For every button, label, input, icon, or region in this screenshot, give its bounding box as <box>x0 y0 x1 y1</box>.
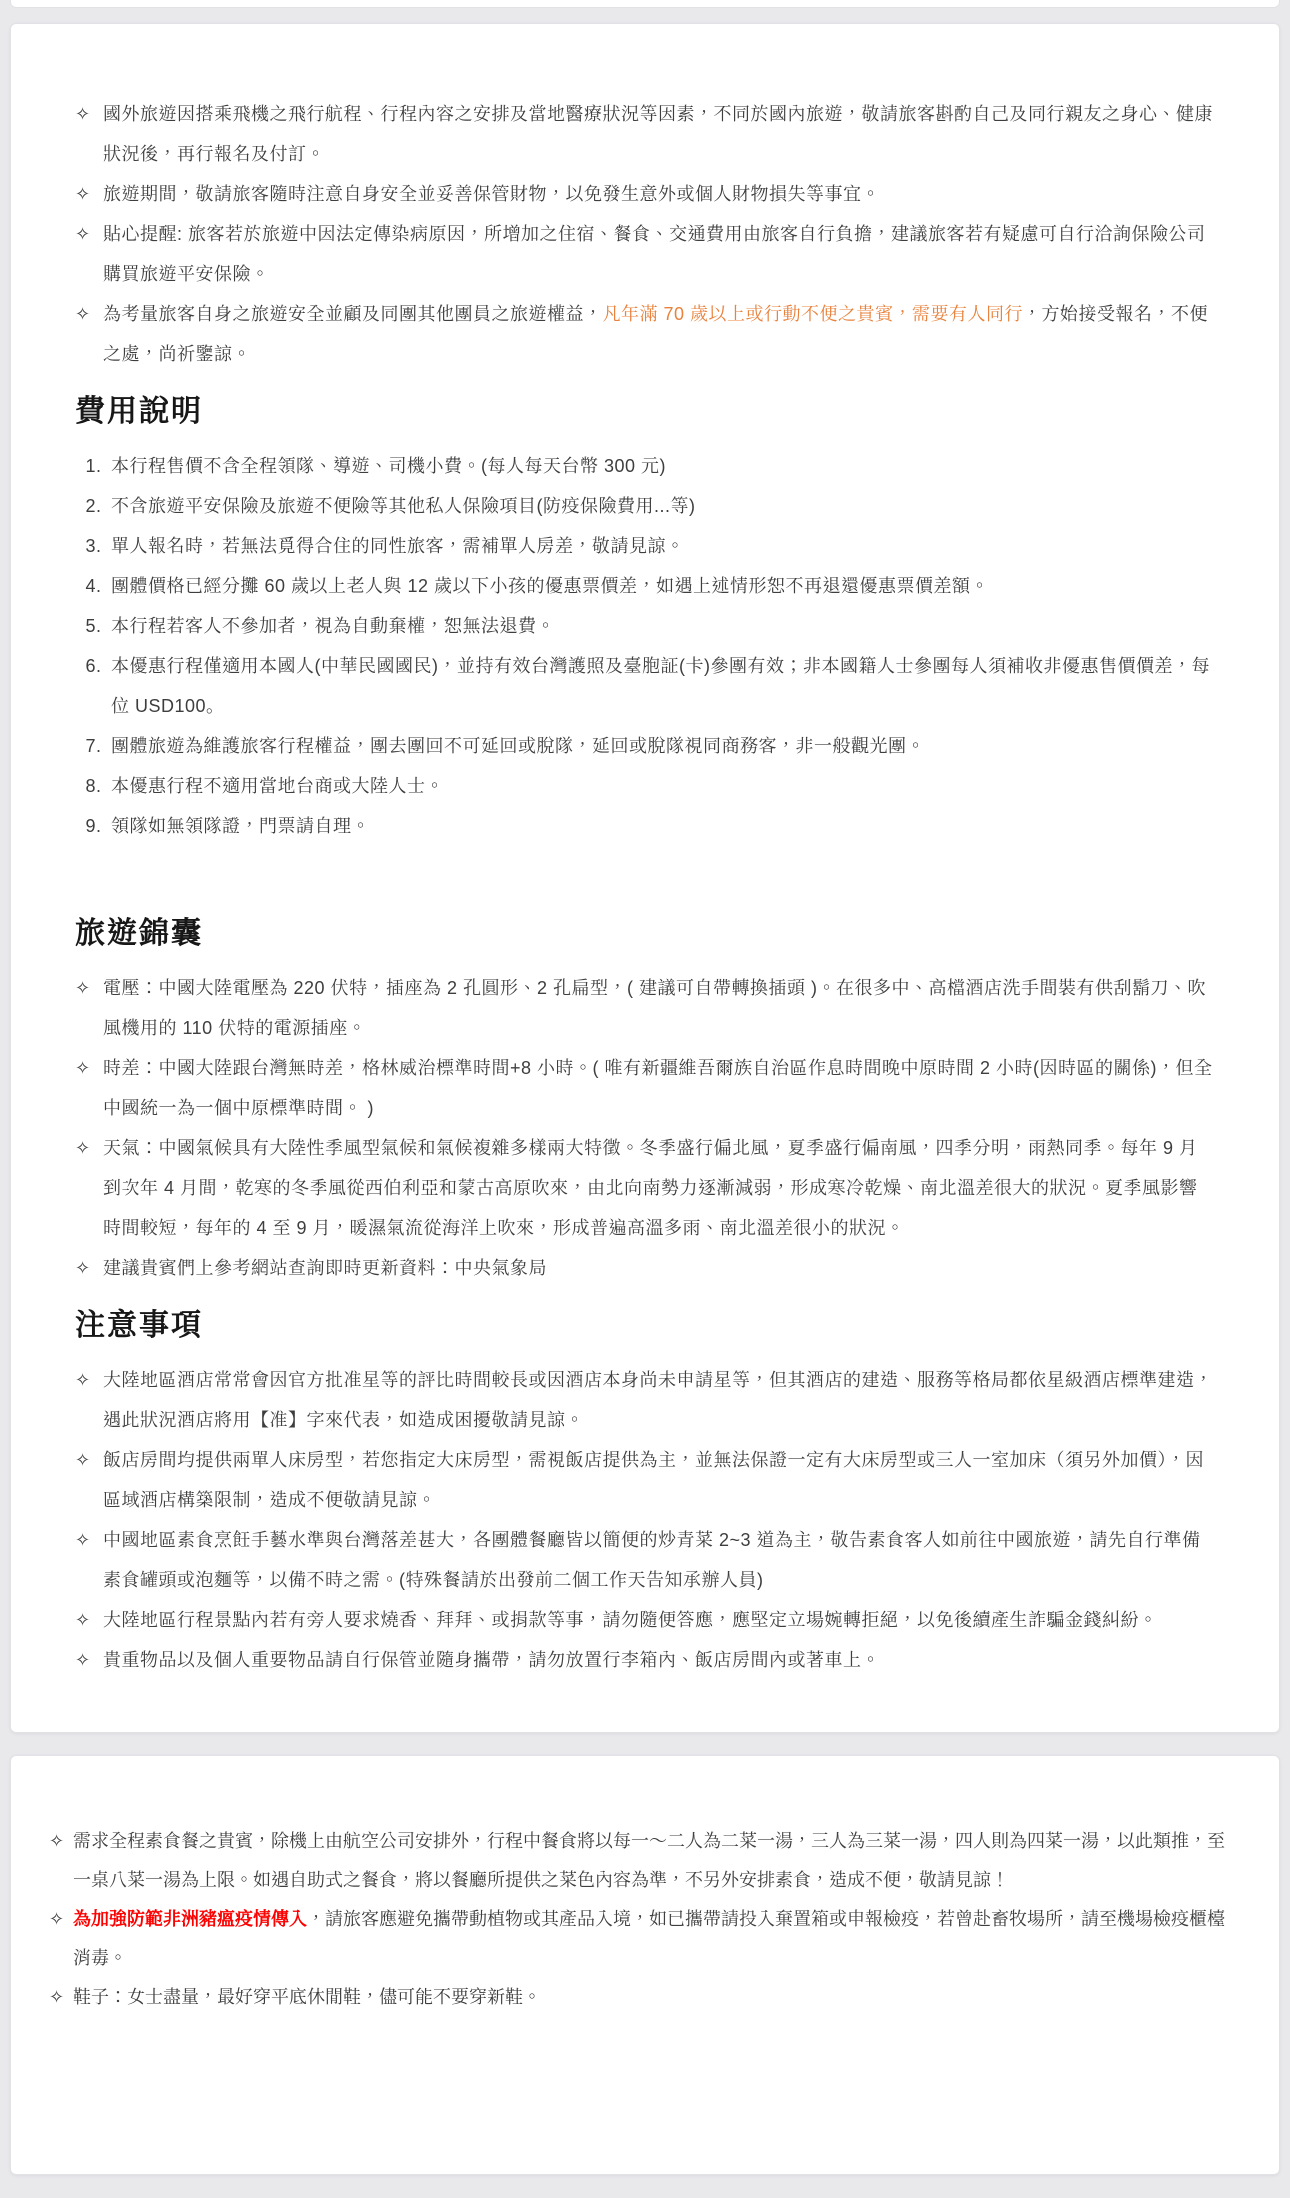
text-run: 貴重物品以及個人重要物品請自行保管並隨身攜帶，請勿放置行李箱內、飯店房間內或著車… <box>103 1650 880 1670</box>
text-run: 中國地區素食烹飪手藝水準與台灣落差甚大，各團體餐廳皆以簡便的炒青菜 2~3 道為… <box>103 1530 1201 1590</box>
text-run: 國外旅遊因搭乘飛機之飛行航程、行程內容之安排及當地醫療狀況等因素，不同於國內旅遊… <box>103 104 1213 164</box>
tip-item: ✧電壓：中國大陸電壓為 220 伏特，插座為 2 孔圓形、2 孔扁型，( 建議可… <box>75 968 1215 1048</box>
tip-item: ✧天氣：中國氣候具有大陸性季風型氣候和氣候複雜多樣兩大特徵。冬季盛行偏北風，夏季… <box>75 1128 1215 1248</box>
fee-item: 本行程若客人不參加者，視為自動棄權，恕無法退費。 <box>107 606 1215 646</box>
tips-bullet-list: ✧電壓：中國大陸電壓為 220 伏特，插座為 2 孔圓形、2 孔扁型，( 建議可… <box>75 968 1215 1288</box>
text-run: 旅遊期間，敬請旅客隨時注意自身安全並妥善保管財物，以免發生意外或個人財物損失等事… <box>103 184 880 204</box>
diamond-bullet-icon: ✧ <box>75 1128 91 1168</box>
note-item: ✧飯店房間均提供兩單人床房型，若您指定大床房型，需視飯店提供為主，並無法保證一定… <box>75 1440 1215 1520</box>
note-item: ✧大陸地區行程景點內若有旁人要求燒香、拜拜、或捐款等事，請勿隨便答應，應堅定立場… <box>75 1600 1215 1640</box>
tips-heading: 旅遊錦囊 <box>75 912 1215 956</box>
diamond-bullet-icon: ✧ <box>75 1248 91 1288</box>
diamond-bullet-icon: ✧ <box>75 294 91 334</box>
text-run: 天氣：中國氣候具有大陸性季風型氣候和氣候複雜多樣兩大特徵。冬季盛行偏北風，夏季盛… <box>103 1138 1198 1238</box>
travel-terms-page: { "colors": { "page_background": "#e9e9e… <box>0 0 1290 2198</box>
previous-card-bottom-fragment <box>10 0 1280 8</box>
intro-bullet-item: ✧貼心提醒: 旅客若於旅遊中因法定傳染病原因，所增加之住宿、餐食、交通費用由旅客… <box>75 214 1215 294</box>
text-run: 不含旅遊平安保險及旅遊不便險等其他私人保險項目(防疫保險費用...等) <box>111 496 696 516</box>
tip-item: ✧建議貴賓們上參考網站查詢即時更新資料：中央氣象局 <box>75 1248 1215 1288</box>
fees-heading: 費用說明 <box>75 390 1215 434</box>
text-run: 飯店房間均提供兩單人床房型，若您指定大床房型，需視飯店提供為主，並無法保證一定有… <box>103 1450 1204 1510</box>
text-run: 時差：中國大陸跟台灣無時差，格林威治標準時間+8 小時。( 唯有新疆維吾爾族自治… <box>103 1058 1213 1118</box>
text-run: 團體價格已經分攤 60 歲以上老人與 12 歲以下小孩的優惠票價差，如遇上述情形… <box>111 576 989 596</box>
diamond-bullet-icon: ✧ <box>49 1978 64 2017</box>
note-item: ✧貴重物品以及個人重要物品請自行保管並隨身攜帶，請勿放置行李箱內、飯店房間內或著… <box>75 1640 1215 1680</box>
text-run: 為考量旅客自身之旅遊安全並顧及同團其他團員之旅遊權益， <box>103 304 603 324</box>
fee-item: 本優惠行程不適用當地台商或大陸人士。 <box>107 766 1215 806</box>
text-run: 建議貴賓們上參考網站查詢即時更新資料：中央氣象局 <box>103 1258 547 1278</box>
text-run: 大陸地區酒店常常會因官方批准星等的評比時間較長或因酒店本身尚未申請星等，但其酒店… <box>103 1370 1213 1430</box>
fee-item: 團體價格已經分攤 60 歲以上老人與 12 歲以下小孩的優惠票價差，如遇上述情形… <box>107 566 1215 606</box>
supplement-item: ✧為加強防範非洲豬瘟疫情傳入，請旅客應避免攜帶動植物或其產品入境，如已攜帶請投入… <box>49 1900 1241 1978</box>
supplement-bullet-list: ✧需求全程素食餐之貴賓，除機上由航空公司安排外，行程中餐食將以每一～二人為二菜一… <box>49 1822 1241 2017</box>
diamond-bullet-icon: ✧ <box>75 1600 91 1640</box>
notes-bullet-list: ✧大陸地區酒店常常會因官方批准星等的評比時間較長或因酒店本身尚未申請星等，但其酒… <box>75 1360 1215 1680</box>
diamond-bullet-icon: ✧ <box>75 1640 91 1680</box>
text-run: 電壓：中國大陸電壓為 220 伏特，插座為 2 孔圓形、2 孔扁型，( 建議可自… <box>103 978 1206 1038</box>
text-run: 領隊如無領隊證，門票請自理。 <box>111 816 370 836</box>
text-run: 本優惠行程僅適用本國人(中華民國國民)，並持有效台灣護照及臺胞証(卡)參團有效；… <box>111 656 1210 716</box>
diamond-bullet-icon: ✧ <box>75 1360 91 1400</box>
diamond-bullet-icon: ✧ <box>75 94 91 134</box>
intro-bullet-item: ✧為考量旅客自身之旅遊安全並顧及同團其他團員之旅遊權益，凡年滿 70 歲以上或行… <box>75 294 1215 374</box>
text-run: 團體旅遊為維護旅客行程權益，團去團回不可延回或脫隊，延回或脫隊視同商務客，非一般… <box>111 736 925 756</box>
red-text-run: 為加強防範非洲豬瘟疫情傳入 <box>73 1909 307 1929</box>
text-run: 本優惠行程不適用當地台商或大陸人士。 <box>111 776 444 796</box>
tip-item: ✧時差：中國大陸跟台灣無時差，格林威治標準時間+8 小時。( 唯有新疆維吾爾族自… <box>75 1048 1215 1128</box>
diamond-bullet-icon: ✧ <box>75 174 91 214</box>
diamond-bullet-icon: ✧ <box>75 214 91 254</box>
text-run: 需求全程素食餐之貴賓，除機上由航空公司安排外，行程中餐食將以每一～二人為二菜一湯… <box>73 1831 1225 1890</box>
fee-item: 單人報名時，若無法覓得合住的同性旅客，需補單人房差，敬請見諒。 <box>107 526 1215 566</box>
fee-item: 本優惠行程僅適用本國人(中華民國國民)，並持有效台灣護照及臺胞証(卡)參團有效；… <box>107 646 1215 726</box>
text-run: 本行程售價不含全程領隊、導遊、司機小費。(每人每天台幣 300 元) <box>111 456 666 476</box>
terms-card: ✧國外旅遊因搭乘飛機之飛行航程、行程內容之安排及當地醫療狀況等因素，不同於國內旅… <box>10 23 1280 1733</box>
supplement-item: ✧鞋子：女士盡量，最好穿平底休閒鞋，儘可能不要穿新鞋。 <box>49 1978 1241 2017</box>
note-item: ✧大陸地區酒店常常會因官方批准星等的評比時間較長或因酒店本身尚未申請星等，但其酒… <box>75 1360 1215 1440</box>
text-run: 單人報名時，若無法覓得合住的同性旅客，需補單人房差，敬請見諒。 <box>111 536 685 556</box>
diamond-bullet-icon: ✧ <box>75 1048 91 1088</box>
supplement-card: ✧需求全程素食餐之貴賓，除機上由航空公司安排外，行程中餐食將以每一～二人為二菜一… <box>10 1755 1280 2175</box>
diamond-bullet-icon: ✧ <box>75 968 91 1008</box>
fee-item: 本行程售價不含全程領隊、導遊、司機小費。(每人每天台幣 300 元) <box>107 446 1215 486</box>
intro-bullet-item: ✧旅遊期間，敬請旅客隨時注意自身安全並妥善保管財物，以免發生意外或個人財物損失等… <box>75 174 1215 214</box>
fee-item: 團體旅遊為維護旅客行程權益，團去團回不可延回或脫隊，延回或脫隊視同商務客，非一般… <box>107 726 1215 766</box>
diamond-bullet-icon: ✧ <box>75 1520 91 1560</box>
diamond-bullet-icon: ✧ <box>49 1822 64 1861</box>
fee-item: 不含旅遊平安保險及旅遊不便險等其他私人保險項目(防疫保險費用...等) <box>107 486 1215 526</box>
text-run: 鞋子：女士盡量，最好穿平底休閒鞋，儘可能不要穿新鞋。 <box>73 1987 541 2007</box>
orange-text-run: 凡年滿 70 歲以上或行動不便之貴賓，需要有人同行 <box>603 304 1024 324</box>
fees-numbered-list: 本行程售價不含全程領隊、導遊、司機小費。(每人每天台幣 300 元)不含旅遊平安… <box>75 446 1215 846</box>
text-run: 本行程若客人不參加者，視為自動棄權，恕無法退費。 <box>111 616 555 636</box>
text-run: 貼心提醒: 旅客若於旅遊中因法定傳染病原因，所增加之住宿、餐食、交通費用由旅客自… <box>103 224 1206 284</box>
diamond-bullet-icon: ✧ <box>49 1900 64 1939</box>
text-run: 大陸地區行程景點內若有旁人要求燒香、拜拜、或捐款等事，請勿隨便答應，應堅定立場婉… <box>103 1610 1158 1630</box>
supplement-item: ✧需求全程素食餐之貴賓，除機上由航空公司安排外，行程中餐食將以每一～二人為二菜一… <box>49 1822 1241 1900</box>
intro-bullet-item: ✧國外旅遊因搭乘飛機之飛行航程、行程內容之安排及當地醫療狀況等因素，不同於國內旅… <box>75 94 1215 174</box>
note-item: ✧中國地區素食烹飪手藝水準與台灣落差甚大，各團體餐廳皆以簡便的炒青菜 2~3 道… <box>75 1520 1215 1600</box>
notes-heading: 注意事項 <box>75 1304 1215 1348</box>
intro-bullet-list: ✧國外旅遊因搭乘飛機之飛行航程、行程內容之安排及當地醫療狀況等因素，不同於國內旅… <box>75 94 1215 374</box>
diamond-bullet-icon: ✧ <box>75 1440 91 1480</box>
fee-item: 領隊如無領隊證，門票請自理。 <box>107 806 1215 846</box>
